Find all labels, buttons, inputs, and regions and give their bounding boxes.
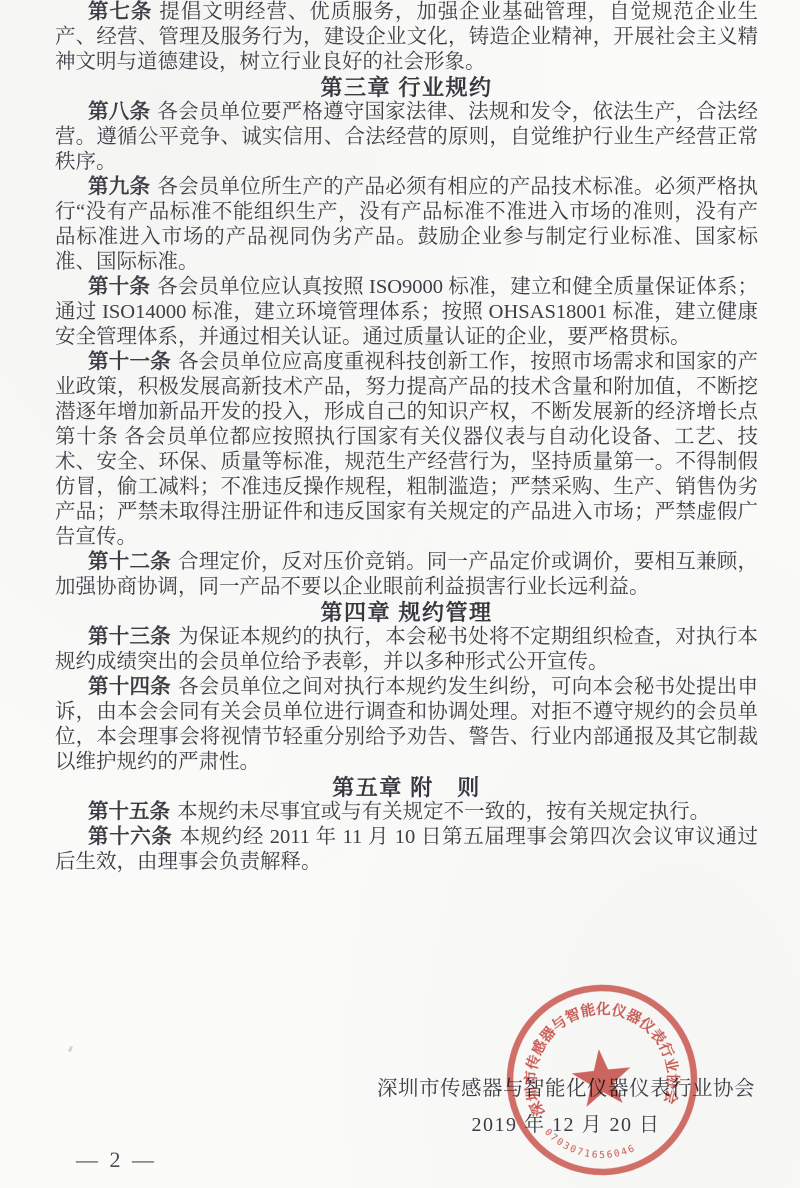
paragraph-article-14: 第十四条各会员单位之间对执行本规约发生纠纷，可向本会秘书处提出申诉，由本会会同有… [55, 675, 758, 775]
signature-date: 2019 年 12 月 20 日 [377, 1108, 755, 1137]
article-7-text: 提倡文明经营、优质服务，加强企业基础管理，自觉规范企业生产、经营、管理及服务行为… [55, 1, 758, 73]
paragraph-article-9: 第九条各会员单位所生产的产品必须有相应的产品技术标准。必须严格执行“没有产品标准… [55, 175, 758, 275]
article-7-number: 第七条 [88, 1, 152, 23]
paragraph-article-16: 第十六条本规约经 2011 年 11 月 10 日第五届理事会第四次会议审议通过… [55, 825, 758, 875]
article-13-number: 第十三条 [88, 626, 171, 648]
chapter-4-heading: 第四章 规约管理 [55, 600, 758, 625]
article-9-text: 各会员单位所生产的产品必须有相应的产品技术标准。必须严格执行“没有产品标准不能组… [55, 176, 758, 273]
article-9-number: 第九条 [88, 176, 150, 198]
document-body: 第七条提倡文明经营、优质服务，加强企业基础管理，自觉规范企业生产、经营、管理及服… [55, 0, 758, 875]
article-11-number: 第十一条 [88, 351, 171, 373]
paragraph-article-10: 第十条各会员单位应认真按照 ISO9000 标准，建立和健全质量保证体系；通过 … [55, 275, 758, 350]
article-14-number: 第十四条 [88, 676, 171, 698]
paragraph-article-7: 第七条提倡文明经营、优质服务，加强企业基础管理，自觉规范企业生产、经营、管理及服… [55, 0, 758, 75]
paragraph-article-8: 第八条各会员单位要严格遵守国家法律、法规和发令，依法生产，合法经营。遵循公平竞争… [55, 100, 758, 175]
article-10-text: 各会员单位应认真按照 ISO9000 标准，建立和健全质量保证体系；通过 ISO… [55, 276, 758, 348]
article-15-number: 第十五条 [88, 801, 170, 823]
article-16-number: 第十六条 [88, 826, 172, 848]
paragraph-article-12: 第十二条合理定价，反对压价竞销。同一产品定价或调价，要相互兼顾，加强协商协调，同… [55, 550, 758, 600]
chapter-3-heading: 第三章 行业规约 [55, 75, 758, 100]
paragraph-article-13: 第十三条为保证本规约的执行，本会秘书处将不定期组织检查，对执行本规约成绩突出的会… [55, 625, 758, 675]
signature-org: 深圳市传感器与智能化仪器仪表行业协会 [377, 1071, 755, 1101]
signature-block: 深圳市传感器与智能化仪器仪表行业协会 2019 年 12 月 20 日 [377, 1071, 755, 1137]
chapter-5-heading: 第五章 附 则 [55, 775, 758, 800]
paragraph-article-15: 第十五条本规约未尽事宜或与有关规定不一致的，按有关规定执行。 [55, 800, 758, 825]
article-11-text: 各会员单位应高度重视科技创新工作，按照市场需求和国家的产业政策，积极发展高新技术… [55, 351, 758, 548]
article-10-number: 第十条 [88, 276, 150, 298]
article-15-text: 本规约未尽事宜或与有关规定不一致的，按有关规定执行。 [177, 801, 710, 823]
article-8-number: 第八条 [88, 101, 150, 123]
scan-speckle [68, 1046, 73, 1053]
page-number: — 2 — [76, 1147, 157, 1173]
article-8-text: 各会员单位要严格遵守国家法律、法规和发令，依法生产，合法经营。遵循公平竞争、诚实… [55, 101, 758, 173]
paragraph-article-11: 第十一条各会员单位应高度重视科技创新工作，按照市场需求和国家的产业政策，积极发展… [55, 350, 758, 550]
article-12-number: 第十二条 [88, 551, 171, 573]
